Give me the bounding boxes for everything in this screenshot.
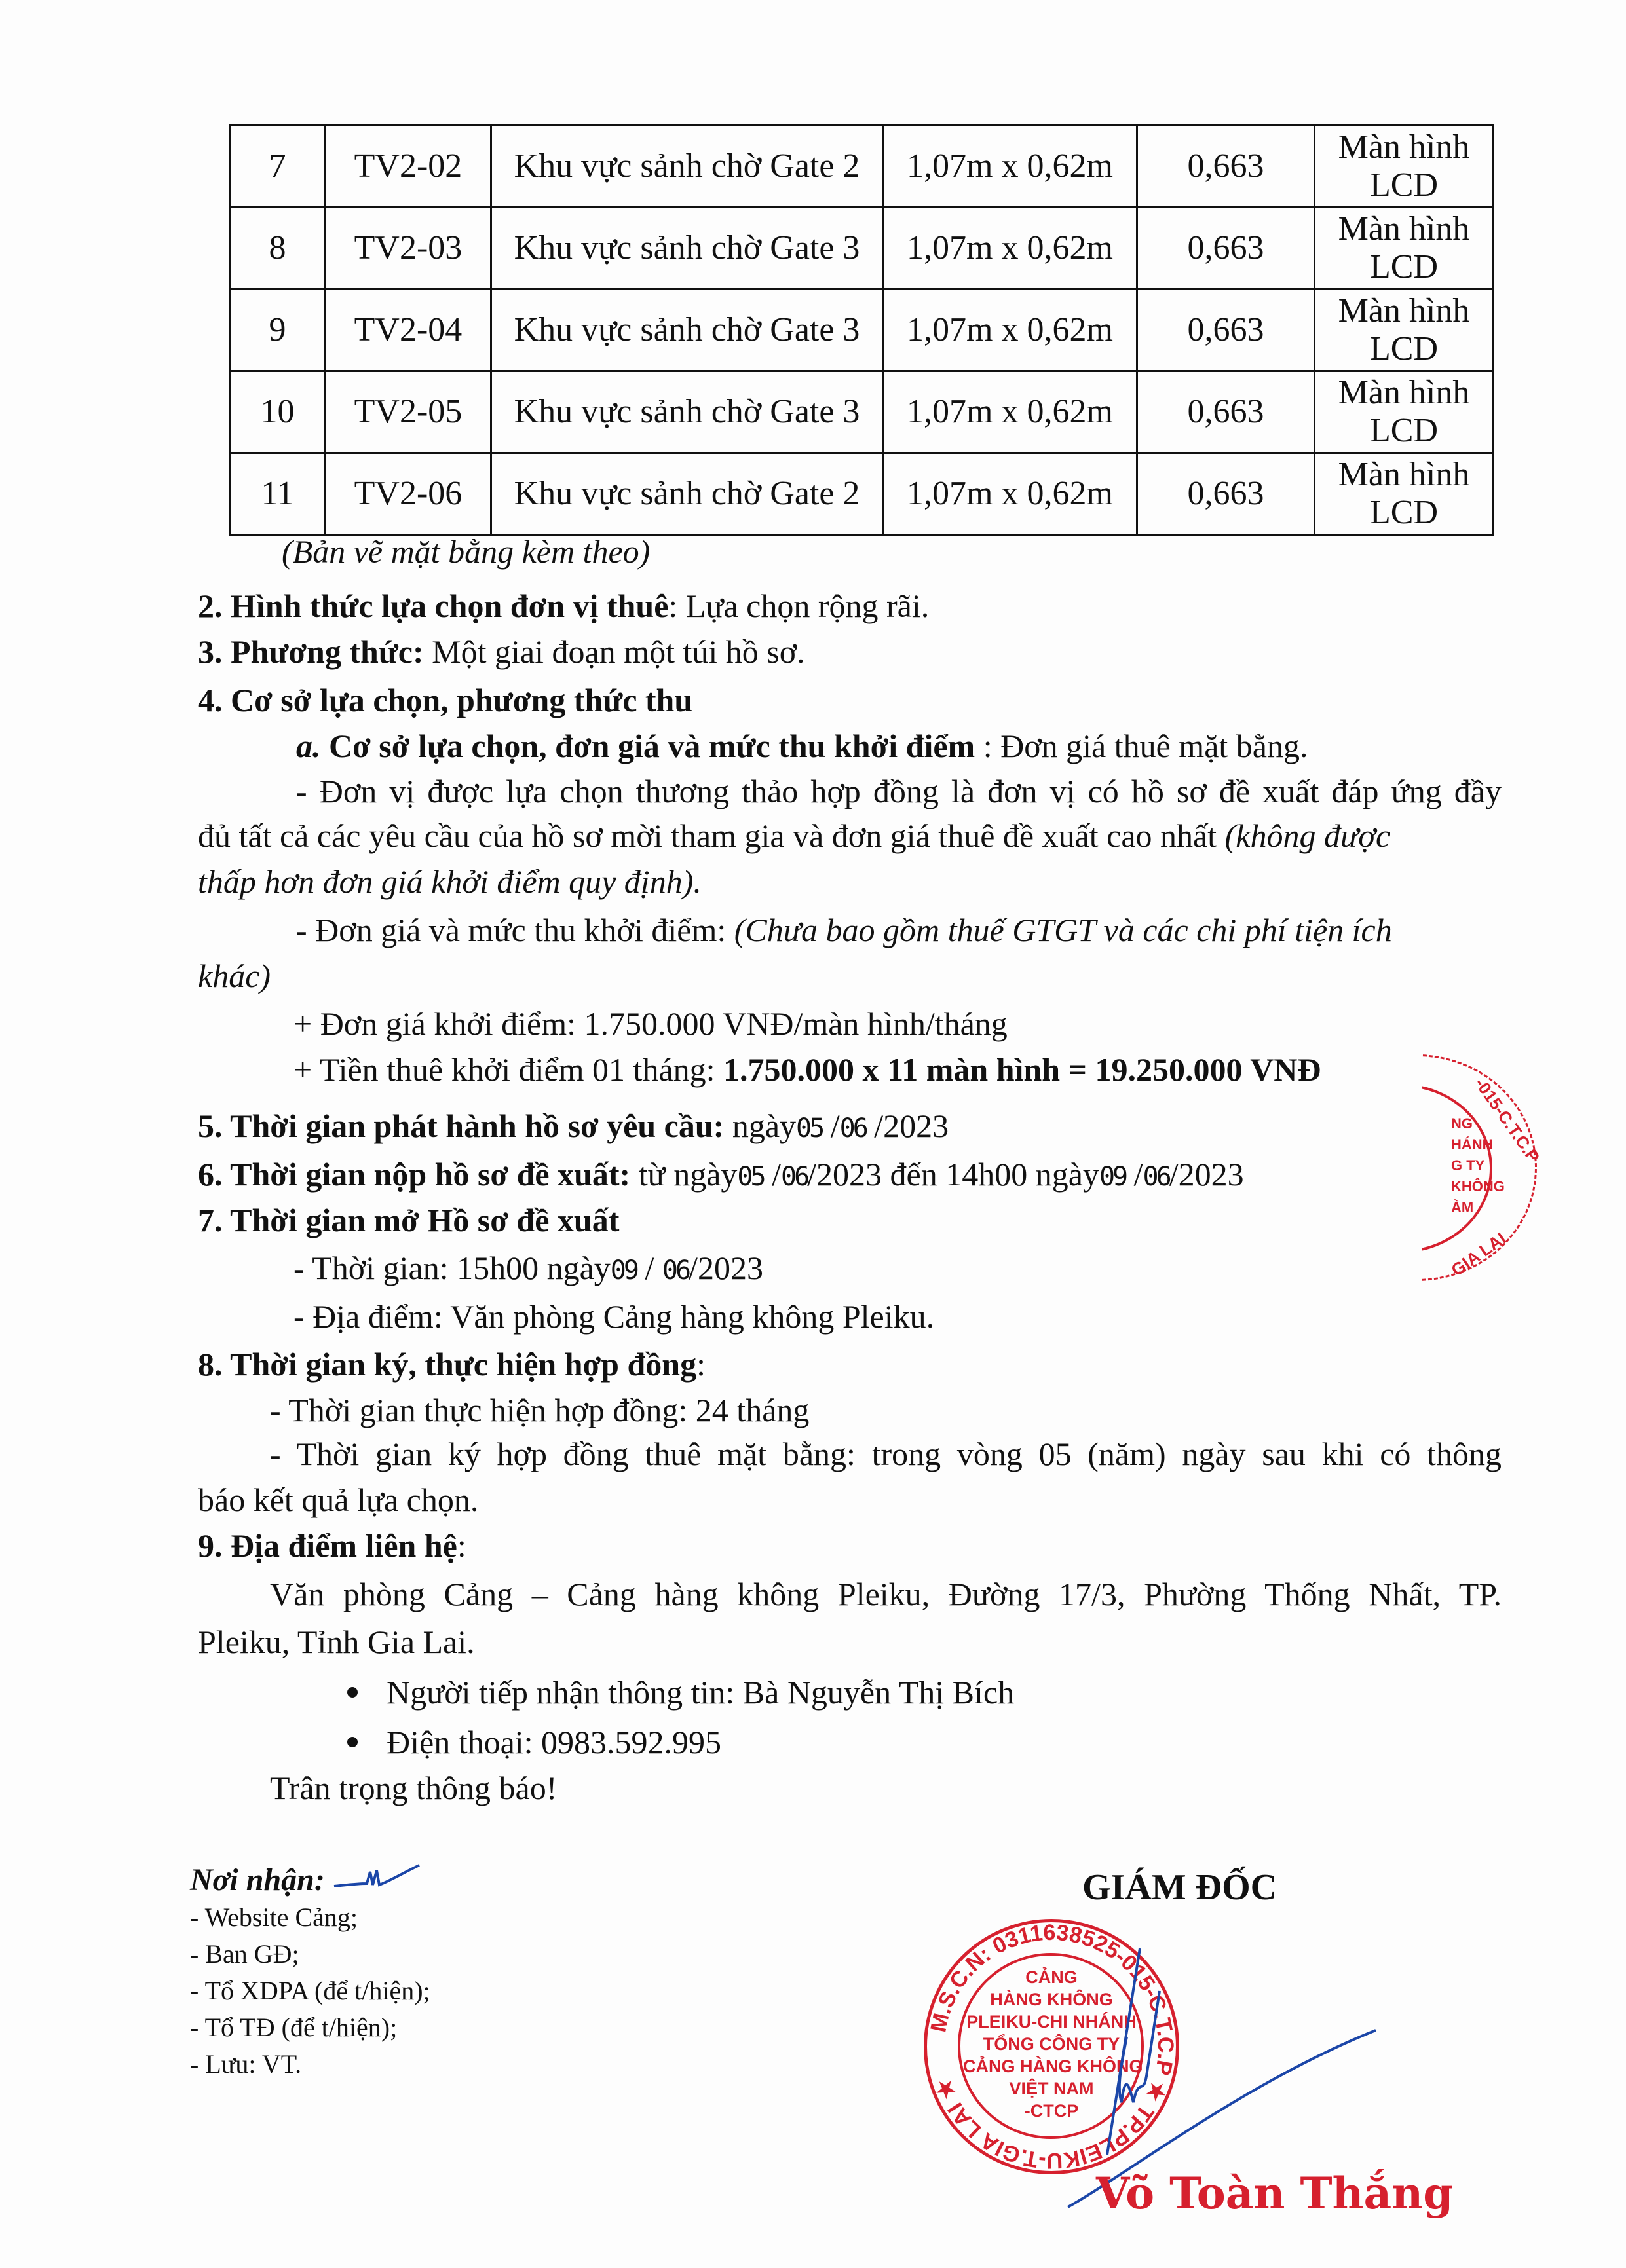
contract-duration: - Thời gian thực hiện hợp đồng: 24 tháng <box>270 1390 809 1430</box>
section-4a-label: Cơ sở lựa chọn, đơn giá và mức thu khởi … <box>321 728 975 764</box>
handwritten-month: 06 <box>662 1255 689 1286</box>
initial-signature-icon <box>331 1859 423 1898</box>
cell-area: 0,663 <box>1137 371 1315 453</box>
cell-code: TV2-05 <box>326 371 491 453</box>
recipient-item: - Tổ XDPA (để t/hiện); <box>190 1973 430 2009</box>
section-2: 2. Hình thức lựa chọn đơn vị thuê: Lựa c… <box>198 586 929 625</box>
section-9-label: 9. Địa điểm liên hệ <box>198 1527 457 1564</box>
cell-no: 9 <box>230 289 326 371</box>
contact-person: Người tiếp nhận thông tin: Bà Nguyễn Thị… <box>387 1673 1014 1712</box>
s5-text: ngày <box>724 1107 796 1144</box>
cell-type: Màn hìnhLCD <box>1315 453 1494 535</box>
cell-area: 0,663 <box>1137 208 1315 289</box>
recipient-item: - Tổ TĐ (để t/hiện); <box>190 2009 430 2046</box>
s5-year: /2023 <box>866 1107 949 1144</box>
cell-type: Màn hìnhLCD <box>1315 208 1494 289</box>
contract-signing-line2: báo kết quả lựa chọn. <box>198 1480 478 1519</box>
cell-location: Khu vực sảnh chờ Gate 2 <box>491 453 883 535</box>
section-4a: a. Cơ sở lựa chọn, đơn giá và mức thu kh… <box>296 726 1308 766</box>
handwritten-month: 06 <box>781 1162 807 1192</box>
section-8-label: 8. Thời gian ký, thực hiện hợp đồng <box>198 1346 696 1383</box>
recipient-item: - Lưu: VT. <box>190 2046 430 2083</box>
handwritten-month: 06 <box>840 1113 866 1143</box>
edge-seal-line: ÀM <box>1451 1197 1505 1218</box>
table-row: 7 TV2-02 Khu vực sảnh chờ Gate 2 1,07m x… <box>230 126 1494 208</box>
cell-type: Màn hìnhLCD <box>1315 371 1494 453</box>
edge-seal: NGHÁNHG TYKHÔNGÀM -015-C.T.C.P GIA LAI <box>1422 1048 1626 1284</box>
section-6: 6. Thời gian nộp hồ sơ đề xuất: từ ngày0… <box>198 1155 1244 1197</box>
section-4-p1-line1: - Đơn vị được lựa chọn thương thảo hợp đ… <box>296 771 1502 811</box>
table-row: 9 TV2-04 Khu vực sảnh chờ Gate 3 1,07m x… <box>230 289 1494 371</box>
table-row: 11 TV2-06 Khu vực sảnh chờ Gate 2 1,07m … <box>230 453 1494 535</box>
total-prefix: + Tiền thuê khởi điểm 01 tháng: <box>293 1051 723 1088</box>
cell-area: 0,663 <box>1137 289 1315 371</box>
s6-mid: /2023 đến 14h00 ngày <box>807 1156 1099 1193</box>
s8-colon: : <box>696 1346 706 1383</box>
handwritten-day: 05 <box>796 1113 822 1143</box>
screen-location-table: 7 TV2-02 Khu vực sảnh chờ Gate 2 1,07m x… <box>229 124 1494 536</box>
cell-code: TV2-04 <box>326 289 491 371</box>
handwritten-month: 06 <box>1143 1162 1169 1192</box>
cell-code: TV2-02 <box>326 126 491 208</box>
section-2-label: 2. Hình thức lựa chọn đơn vị thuê <box>198 587 668 624</box>
s6-text: từ ngày <box>630 1156 737 1193</box>
cell-no: 7 <box>230 126 326 208</box>
section-4a-text: : Đơn giá thuê mặt bằng. <box>975 728 1308 764</box>
cell-area: 0,663 <box>1137 453 1315 535</box>
total-value: 1.750.000 x 11 màn hình = 19.250.000 VNĐ <box>723 1051 1321 1088</box>
edge-seal-text: NGHÁNHG TYKHÔNGÀM <box>1451 1113 1505 1218</box>
opening-place: - Địa điểm: Văn phòng Cảng hàng không Pl… <box>293 1297 934 1336</box>
s9-colon: : <box>457 1527 466 1564</box>
cell-location: Khu vực sảnh chờ Gate 3 <box>491 289 883 371</box>
handwritten-day: 09 <box>611 1255 637 1286</box>
table-row: 8 TV2-03 Khu vực sảnh chờ Gate 3 1,07m x… <box>230 208 1494 289</box>
signer-name: Võ Toàn Thắng <box>1096 2168 1453 2219</box>
section-5: 5. Thời gian phát hành hồ sơ yêu cầu: ng… <box>198 1106 949 1148</box>
section-4-p1-line3: thấp hơn đơn giá khởi điểm quy định). <box>198 862 702 901</box>
cell-no: 11 <box>230 453 326 535</box>
p1-line2-text: đủ tất cả các yêu cầu của hồ sơ mời tham… <box>198 817 1225 854</box>
section-5-label: 5. Thời gian phát hành hồ sơ yêu cầu: <box>198 1107 724 1144</box>
cell-size: 1,07m x 0,62m <box>883 371 1137 453</box>
cell-code: TV2-03 <box>326 208 491 289</box>
contact-phone: Điện thoại: 0983.592.995 <box>387 1722 721 1762</box>
s6-end: /2023 <box>1169 1156 1244 1193</box>
handwritten-day: 09 <box>1099 1162 1125 1192</box>
section-8: 8. Thời gian ký, thực hiện hợp đồng: <box>198 1345 706 1384</box>
p2-line1-text: - Đơn giá và mức thu khởi điểm: <box>296 912 734 948</box>
p2-line1-italic: (Chưa bao gồm thuế GTGT và các chi phí t… <box>734 912 1392 948</box>
cell-size: 1,07m x 0,62m <box>883 208 1137 289</box>
contract-signing-line1: - Thời gian ký hợp đồng thuê mặt bằng: t… <box>270 1434 1502 1474</box>
handwritten-day: 05 <box>737 1162 763 1192</box>
start-price-line: + Đơn giá khởi điểm: 1.750.000 VNĐ/màn h… <box>293 1004 1008 1043</box>
total-line: + Tiền thuê khởi điểm 01 tháng: 1.750.00… <box>293 1050 1321 1089</box>
cell-location: Khu vực sảnh chờ Gate 3 <box>491 371 883 453</box>
address-line1: Văn phòng Cảng – Cảng hàng không Pleiku,… <box>270 1574 1502 1614</box>
cell-size: 1,07m x 0,62m <box>883 453 1137 535</box>
table-caption: (Bản vẽ mặt bằng kèm theo) <box>282 532 650 571</box>
s7-year: /2023 <box>689 1250 763 1286</box>
s7-sep: / <box>637 1250 662 1286</box>
cell-no: 8 <box>230 208 326 289</box>
cell-code: TV2-06 <box>326 453 491 535</box>
recipients-list: - Website Cảng;- Ban GĐ;- Tổ XDPA (để t/… <box>190 1899 430 2083</box>
section-4-p1-line2: đủ tất cả các yêu cầu của hồ sơ mời tham… <box>198 816 1390 855</box>
section-7-label: 7. Thời gian mở Hồ sơ đề xuất <box>198 1200 619 1240</box>
s5-sep: / <box>822 1107 839 1144</box>
recipient-item: - Ban GĐ; <box>190 1936 430 1973</box>
opening-time: - Thời gian: 15h00 ngày09 / 06/2023 <box>293 1248 763 1290</box>
s6-sep: / <box>764 1156 781 1193</box>
s6-sep2: / <box>1125 1156 1143 1193</box>
address-line2: Pleiku, Tỉnh Gia Lai. <box>198 1622 475 1662</box>
section-9: 9. Địa điểm liên hệ: <box>198 1526 466 1565</box>
section-4-p2-line2: khác) <box>198 956 271 995</box>
edge-seal-line: HÁNH <box>1451 1134 1505 1155</box>
section-4a-prefix: a. <box>296 728 321 764</box>
p1-line2-italic: (không được <box>1225 817 1391 854</box>
recipients-title: Nơi nhận: <box>190 1862 325 1898</box>
section-2-text: : Lựa chọn rộng rãi. <box>668 587 929 624</box>
bullet-icon <box>347 1687 358 1698</box>
recipient-item: - Website Cảng; <box>190 1899 430 1936</box>
cell-size: 1,07m x 0,62m <box>883 289 1137 371</box>
section-4-label: 4. Cơ sở lựa chọn, phương thức thu <box>198 680 692 720</box>
section-6-label: 6. Thời gian nộp hồ sơ đề xuất: <box>198 1156 630 1193</box>
cell-type: Màn hìnhLCD <box>1315 289 1494 371</box>
section-3-text: Một giai đoạn một túi hồ sơ. <box>424 633 805 670</box>
section-3: 3. Phương thức: Một giai đoạn một túi hồ… <box>198 632 805 671</box>
signer-title: GIÁM ĐỐC <box>1082 1867 1277 1908</box>
section-4-p2-line1: - Đơn giá và mức thu khởi điểm: (Chưa ba… <box>296 910 1392 950</box>
table-row: 10 TV2-05 Khu vực sảnh chờ Gate 3 1,07m … <box>230 371 1494 453</box>
cell-location: Khu vực sảnh chờ Gate 2 <box>491 126 883 208</box>
cell-no: 10 <box>230 371 326 453</box>
bullet-icon <box>347 1737 358 1747</box>
cell-area: 0,663 <box>1137 126 1315 208</box>
s7-time-prefix: - Thời gian: 15h00 ngày <box>293 1250 611 1286</box>
cell-location: Khu vực sảnh chờ Gate 3 <box>491 208 883 289</box>
edge-seal-line: G TY <box>1451 1155 1505 1176</box>
cell-size: 1,07m x 0,62m <box>883 126 1137 208</box>
closing-text: Trân trọng thông báo! <box>270 1768 557 1808</box>
section-3-label: 3. Phương thức: <box>198 633 424 670</box>
edge-seal-line: KHÔNG <box>1451 1176 1505 1197</box>
cell-type: Màn hìnhLCD <box>1315 126 1494 208</box>
